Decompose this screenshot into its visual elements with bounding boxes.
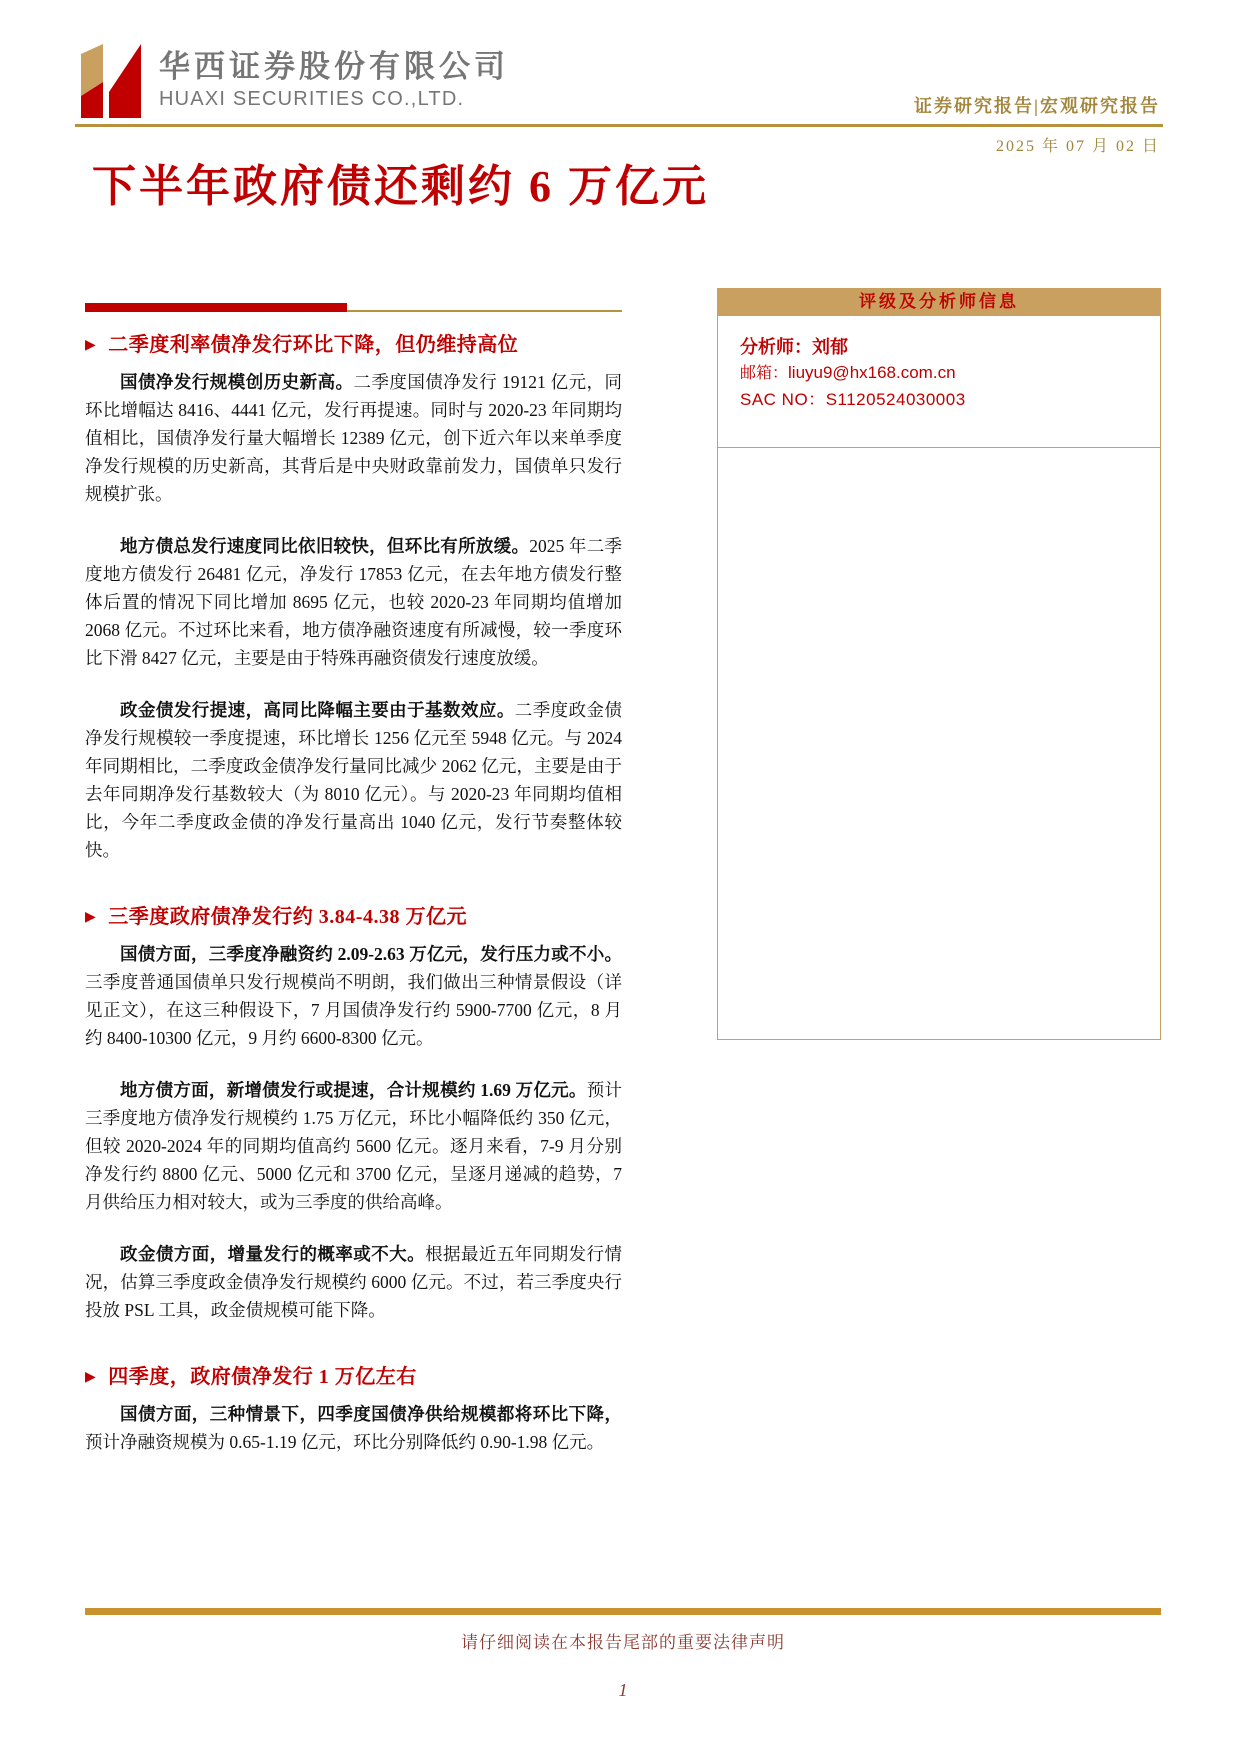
paragraph-text: 二季度政金债净发行规模较一季度提速，环比增长 1256 亿元至 5948 亿元。… (85, 700, 622, 860)
section-divider (85, 303, 622, 312)
sac-number: S1120524030003 (826, 390, 966, 409)
paragraph: 政金债方面，增量发行的概率或不大。根据最近五年同期发行情况，估算三季度政金债净发… (85, 1240, 622, 1324)
section-heading: ▶二季度利率债净发行环比下降，但仍维持高位 (85, 330, 622, 360)
paragraph-text: 三季度普通国债单只发行规模尚不明朗，我们做出三种情景假设（详见正文），在这三种假… (85, 972, 622, 1048)
report-date: 2025 年 07 月 02 日 (996, 133, 1160, 156)
company-names: 华西证券股份有限公司 HUAXI SECURITIES CO.,LTD. (159, 48, 509, 112)
section-q2-review: ▶二季度利率债净发行环比下降，但仍维持高位 国债净发行规模创历史新高。二季度国债… (85, 330, 622, 864)
company-logo: 华西证券股份有限公司 HUAXI SECURITIES CO.,LTD. (75, 40, 509, 120)
section-heading: ▶三季度政府债净发行约 3.84-4.38 万亿元 (85, 902, 622, 932)
page-number: 1 (85, 1680, 1161, 1701)
paragraph-lead: 政金债方面，增量发行的概率或不大。 (120, 1244, 425, 1264)
paragraph: 地方债方面，新增债发行或提速，合计规模约 1.69 万亿元。预计三季度地方债净发… (85, 1076, 622, 1216)
header-rule (75, 124, 1163, 127)
section-heading: ▶四季度，政府债净发行 1 万亿左右 (85, 1362, 622, 1392)
report-page: 华西证券股份有限公司 HUAXI SECURITIES CO.,LTD. 证券研… (0, 0, 1241, 1755)
email-label: 邮箱： (740, 365, 788, 382)
section-bullet-icon: ▶ (85, 337, 96, 353)
section-bullet-icon: ▶ (85, 1369, 96, 1385)
sac-label: SAC NO： (740, 390, 826, 409)
paragraph: 国债方面，三种情景下，四季度国债净供给规模都将环比下降，预计净融资规模为 0.6… (85, 1400, 622, 1456)
analyst-email-line: 邮箱：liuyu9@hx168.com.cn (740, 360, 1138, 387)
divider-red-bar (85, 303, 347, 312)
page-title: 下半年政府债还剩约 6 万亿元 (92, 150, 709, 214)
section-q4-outlook: ▶四季度，政府债净发行 1 万亿左右 国债方面，三种情景下，四季度国债净供给规模… (85, 1362, 622, 1456)
section-bullet-icon: ▶ (85, 909, 96, 925)
analyst-name: 刘郁 (812, 337, 848, 357)
paragraph: 地方债总发行速度同比依旧较快，但环比有所放缓。2025 年二季度地方债发行 26… (85, 532, 622, 672)
analyst-box-title: 评级及分析师信息 (718, 288, 1160, 316)
section-heading-text: 三季度政府债净发行约 3.84-4.38 万亿元 (108, 906, 467, 928)
paragraph-lead: 国债净发行规模创历史新高。 (120, 372, 354, 392)
analyst-label: 分析师： (740, 337, 812, 357)
huaxi-logo-icon (75, 40, 149, 120)
analyst-box-body: 分析师：刘郁 邮箱：liuyu9@hx168.com.cn SAC NO：S11… (718, 316, 1160, 448)
paragraph-lead: 地方债总发行速度同比依旧较快，但环比有所放缓。 (120, 536, 529, 556)
paragraph: 政金债发行提速，高同比降幅主要由于基数效应。二季度政金债净发行规模较一季度提速，… (85, 696, 622, 864)
main-content-column: ▶二季度利率债净发行环比下降，但仍维持高位 国债净发行规模创历史新高。二季度国债… (85, 303, 622, 1456)
report-type-label: 证券研究报告|宏观研究报告 (914, 92, 1160, 118)
analyst-box-divider (718, 447, 1160, 448)
section-heading-text: 二季度利率债净发行环比下降，但仍维持高位 (108, 334, 518, 356)
paragraph-text: 预计净融资规模为 0.65-1.19 亿元，环比分别降低约 0.90-1.98 … (85, 1432, 604, 1452)
analyst-name-line: 分析师：刘郁 (740, 334, 1138, 360)
footer-disclaimer: 请仔细阅读在本报告尾部的重要法律声明 (85, 1628, 1161, 1653)
company-name-en: HUAXI SECURITIES CO.,LTD. (159, 86, 509, 112)
paragraph-lead: 政金债发行提速，高同比降幅主要由于基数效应。 (120, 700, 515, 720)
analyst-sac-line: SAC NO：S1120524030003 (740, 387, 1138, 413)
paragraph-lead: 国债方面，三季度净融资约 2.09-2.63 万亿元，发行压力或不小。 (120, 944, 622, 964)
analyst-email: liuyu9@hx168.com.cn (788, 363, 956, 382)
divider-gold-line (347, 310, 622, 312)
section-q3-outlook: ▶三季度政府债净发行约 3.84-4.38 万亿元 国债方面，三季度净融资约 2… (85, 902, 622, 1324)
paragraph: 国债净发行规模创历史新高。二季度国债净发行 19121 亿元，同环比增幅达 84… (85, 368, 622, 508)
company-name-cn: 华西证券股份有限公司 (159, 48, 509, 86)
footer-rule (85, 1608, 1161, 1615)
paragraph-lead: 地方债方面，新增债发行或提速，合计规模约 1.69 万亿元。 (120, 1080, 587, 1100)
paragraph: 国债方面，三季度净融资约 2.09-2.63 万亿元，发行压力或不小。三季度普通… (85, 940, 622, 1052)
analyst-info-box: 评级及分析师信息 分析师：刘郁 邮箱：liuyu9@hx168.com.cn S… (717, 288, 1161, 1040)
paragraph-lead: 国债方面，三种情景下，四季度国债净供给规模都将环比下降， (120, 1404, 622, 1424)
section-heading-text: 四季度，政府债净发行 1 万亿左右 (108, 1366, 417, 1388)
